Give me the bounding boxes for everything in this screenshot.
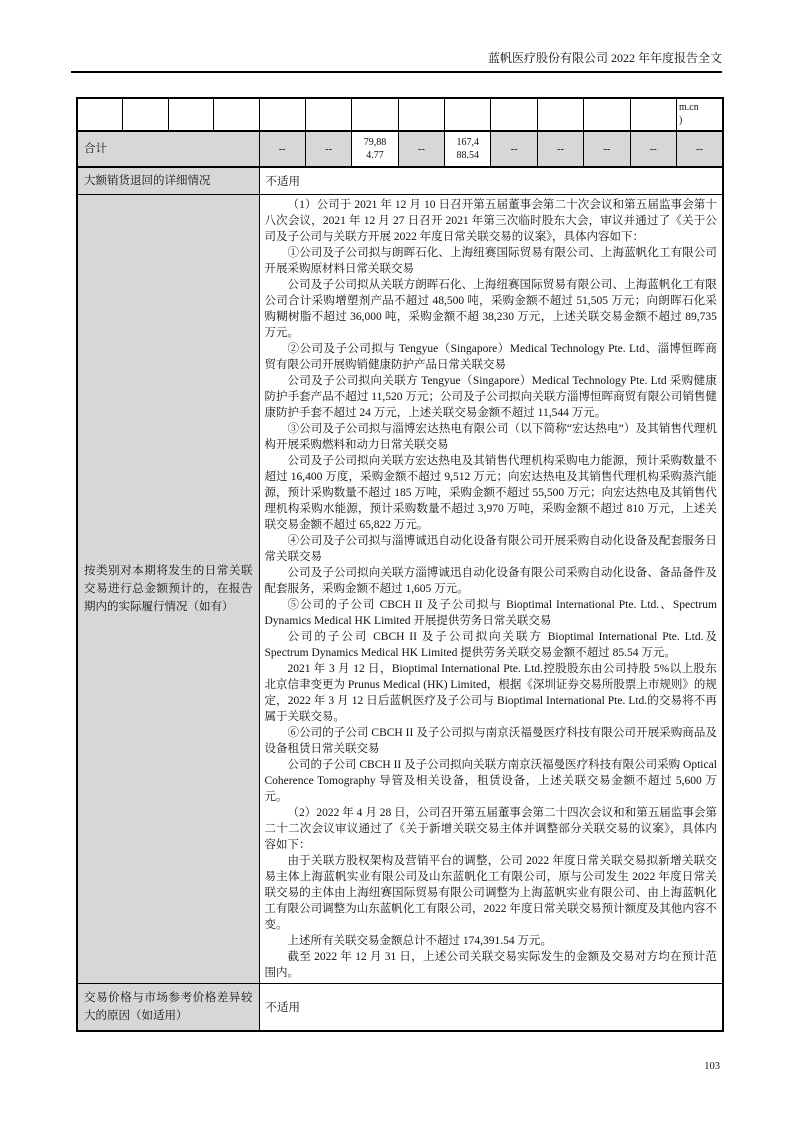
total-cell: -- xyxy=(491,131,537,167)
performance-label: 按类别对本期将发生的日常关联交易进行总金额预计的，在报告期内的实际履行情况（如有… xyxy=(77,195,259,984)
body-paragraph: 由于关联方股权架构及营销平台的调整，公司 2022 年度日常关联交易拟新增关联交… xyxy=(265,853,717,933)
total-cell: -- xyxy=(398,131,444,167)
body-paragraph: 公司的子公司 CBCH II 及子公司拟向关联方南京沃福曼医疗科技有限公司采购 … xyxy=(265,757,717,805)
body-paragraph: 公司及子公司拟向关联方宏达热电及其销售代理机构采购电力能源，预计采购数量不超过 … xyxy=(265,453,717,533)
page-number: 103 xyxy=(704,1061,720,1072)
related-transactions-table: m.cn ) 合计 -- -- 79,88 4.77 -- 167,4 88.5… xyxy=(76,97,724,1032)
performance-content: （1）公司于 2021 年 12 月 10 日召开第五届董事会第二十次会议和第五… xyxy=(259,195,723,984)
empty-cell xyxy=(214,98,260,131)
price-difference-row: 交易价格与市场参考价格差异较大的原因（如适用） 不适用 xyxy=(77,984,723,1032)
performance-row: 按类别对本期将发生的日常关联交易进行总金额预计的，在报告期内的实际履行情况（如有… xyxy=(77,195,723,984)
body-paragraph: 公司的子公司 CBCH II 及子公司拟向关联方 Bioptimal Inter… xyxy=(265,629,717,661)
empty-cell xyxy=(305,98,351,131)
price-difference-label: 交易价格与市场参考价格差异较大的原因（如适用） xyxy=(77,984,259,1032)
price-difference-value: 不适用 xyxy=(259,984,723,1032)
empty-cell xyxy=(352,98,398,131)
report-title: 蓝帆医疗股份有限公司 2022 年年度报告全文 xyxy=(488,51,722,65)
disclosure-url-fragment-cell: m.cn ) xyxy=(677,98,723,131)
empty-cell xyxy=(398,98,444,131)
report-page: 蓝帆医疗股份有限公司 2022 年年度报告全文 m.cn ) 合计 xyxy=(0,0,794,1123)
body-paragraph: ④公司及子公司拟与淄博诚迅自动化设备有限公司开展采购自动化设备及配套服务日常关联… xyxy=(265,533,717,565)
empty-cell xyxy=(445,98,491,131)
empty-cell xyxy=(537,98,583,131)
body-paragraph: 截至 2022 年 12 月 31 日，上述公司关联交易实际发生的金额及交易对方… xyxy=(265,949,717,981)
total-cell: -- xyxy=(630,131,676,167)
body-paragraph: 公司及子公司拟向关联方 Tengyue（Singapore）Medical Te… xyxy=(265,373,717,421)
body-paragraph: 2021 年 3 月 12 日，Bioptimal International … xyxy=(265,661,717,725)
body-paragraph: 公司及子公司拟从关联方朗晖石化、上海纽赛国际贸易有限公司、上海蓝帆化工有限公司合… xyxy=(265,277,717,341)
total-actual-amount-cell: 167,4 88.54 xyxy=(445,131,491,167)
sales-returns-row: 大额销货退回的详细情况 不适用 xyxy=(77,167,723,195)
empty-cell xyxy=(584,98,630,131)
total-cell: -- xyxy=(584,131,630,167)
body-paragraph: ①公司及子公司拟与朗晖石化、上海纽赛国际贸易有限公司、上海蓝帆化工有限公司开展采… xyxy=(265,245,717,277)
page-header: 蓝帆医疗股份有限公司 2022 年年度报告全文 xyxy=(71,50,722,73)
empty-cell xyxy=(259,98,305,131)
total-cell: -- xyxy=(305,131,351,167)
sales-returns-value: 不适用 xyxy=(259,167,723,195)
total-approved-amount-cell: 79,88 4.77 xyxy=(352,131,398,167)
empty-cell xyxy=(77,98,123,131)
empty-cell xyxy=(123,98,169,131)
empty-cell xyxy=(630,98,676,131)
empty-cell xyxy=(168,98,214,131)
sales-returns-label: 大额销货退回的详细情况 xyxy=(77,167,259,195)
total-cell: -- xyxy=(259,131,305,167)
body-paragraph: ③公司及子公司拟与淄博宏达热电有限公司（以下简称“宏达热电”）及其销售代理机构开… xyxy=(265,421,717,453)
body-paragraph: ⑥公司的子公司 CBCH II 及子公司拟与南京沃福曼医疗科技有限公司开展采购商… xyxy=(265,725,717,757)
body-paragraph: 上述所有关联交易金额总计不超过 174,391.54 万元。 xyxy=(265,933,717,949)
total-cell: -- xyxy=(677,131,723,167)
body-paragraph: （1）公司于 2021 年 12 月 10 日召开第五届董事会第二十次会议和第五… xyxy=(265,197,717,245)
total-row: 合计 -- -- 79,88 4.77 -- 167,4 88.54 -- --… xyxy=(77,131,723,167)
empty-cell xyxy=(491,98,537,131)
body-paragraph: （2）2022 年 4 月 28 日，公司召开第五届董事会第二十四次会议和和第五… xyxy=(265,805,717,853)
total-row-label: 合计 xyxy=(77,131,259,167)
total-cell: -- xyxy=(537,131,583,167)
table-continuation-row: m.cn ) xyxy=(77,98,723,131)
body-paragraph: ②公司及子公司拟与 Tengyue（Singapore）Medical Tech… xyxy=(265,341,717,373)
body-paragraph: 公司及子公司拟向关联方淄博诚迅自动化设备有限公司采购自动化设备、备品备件及配套服… xyxy=(265,565,717,597)
body-paragraph: ⑤公司的子公司 CBCH II 及子公司拟与 Bioptimal Interna… xyxy=(265,597,717,629)
